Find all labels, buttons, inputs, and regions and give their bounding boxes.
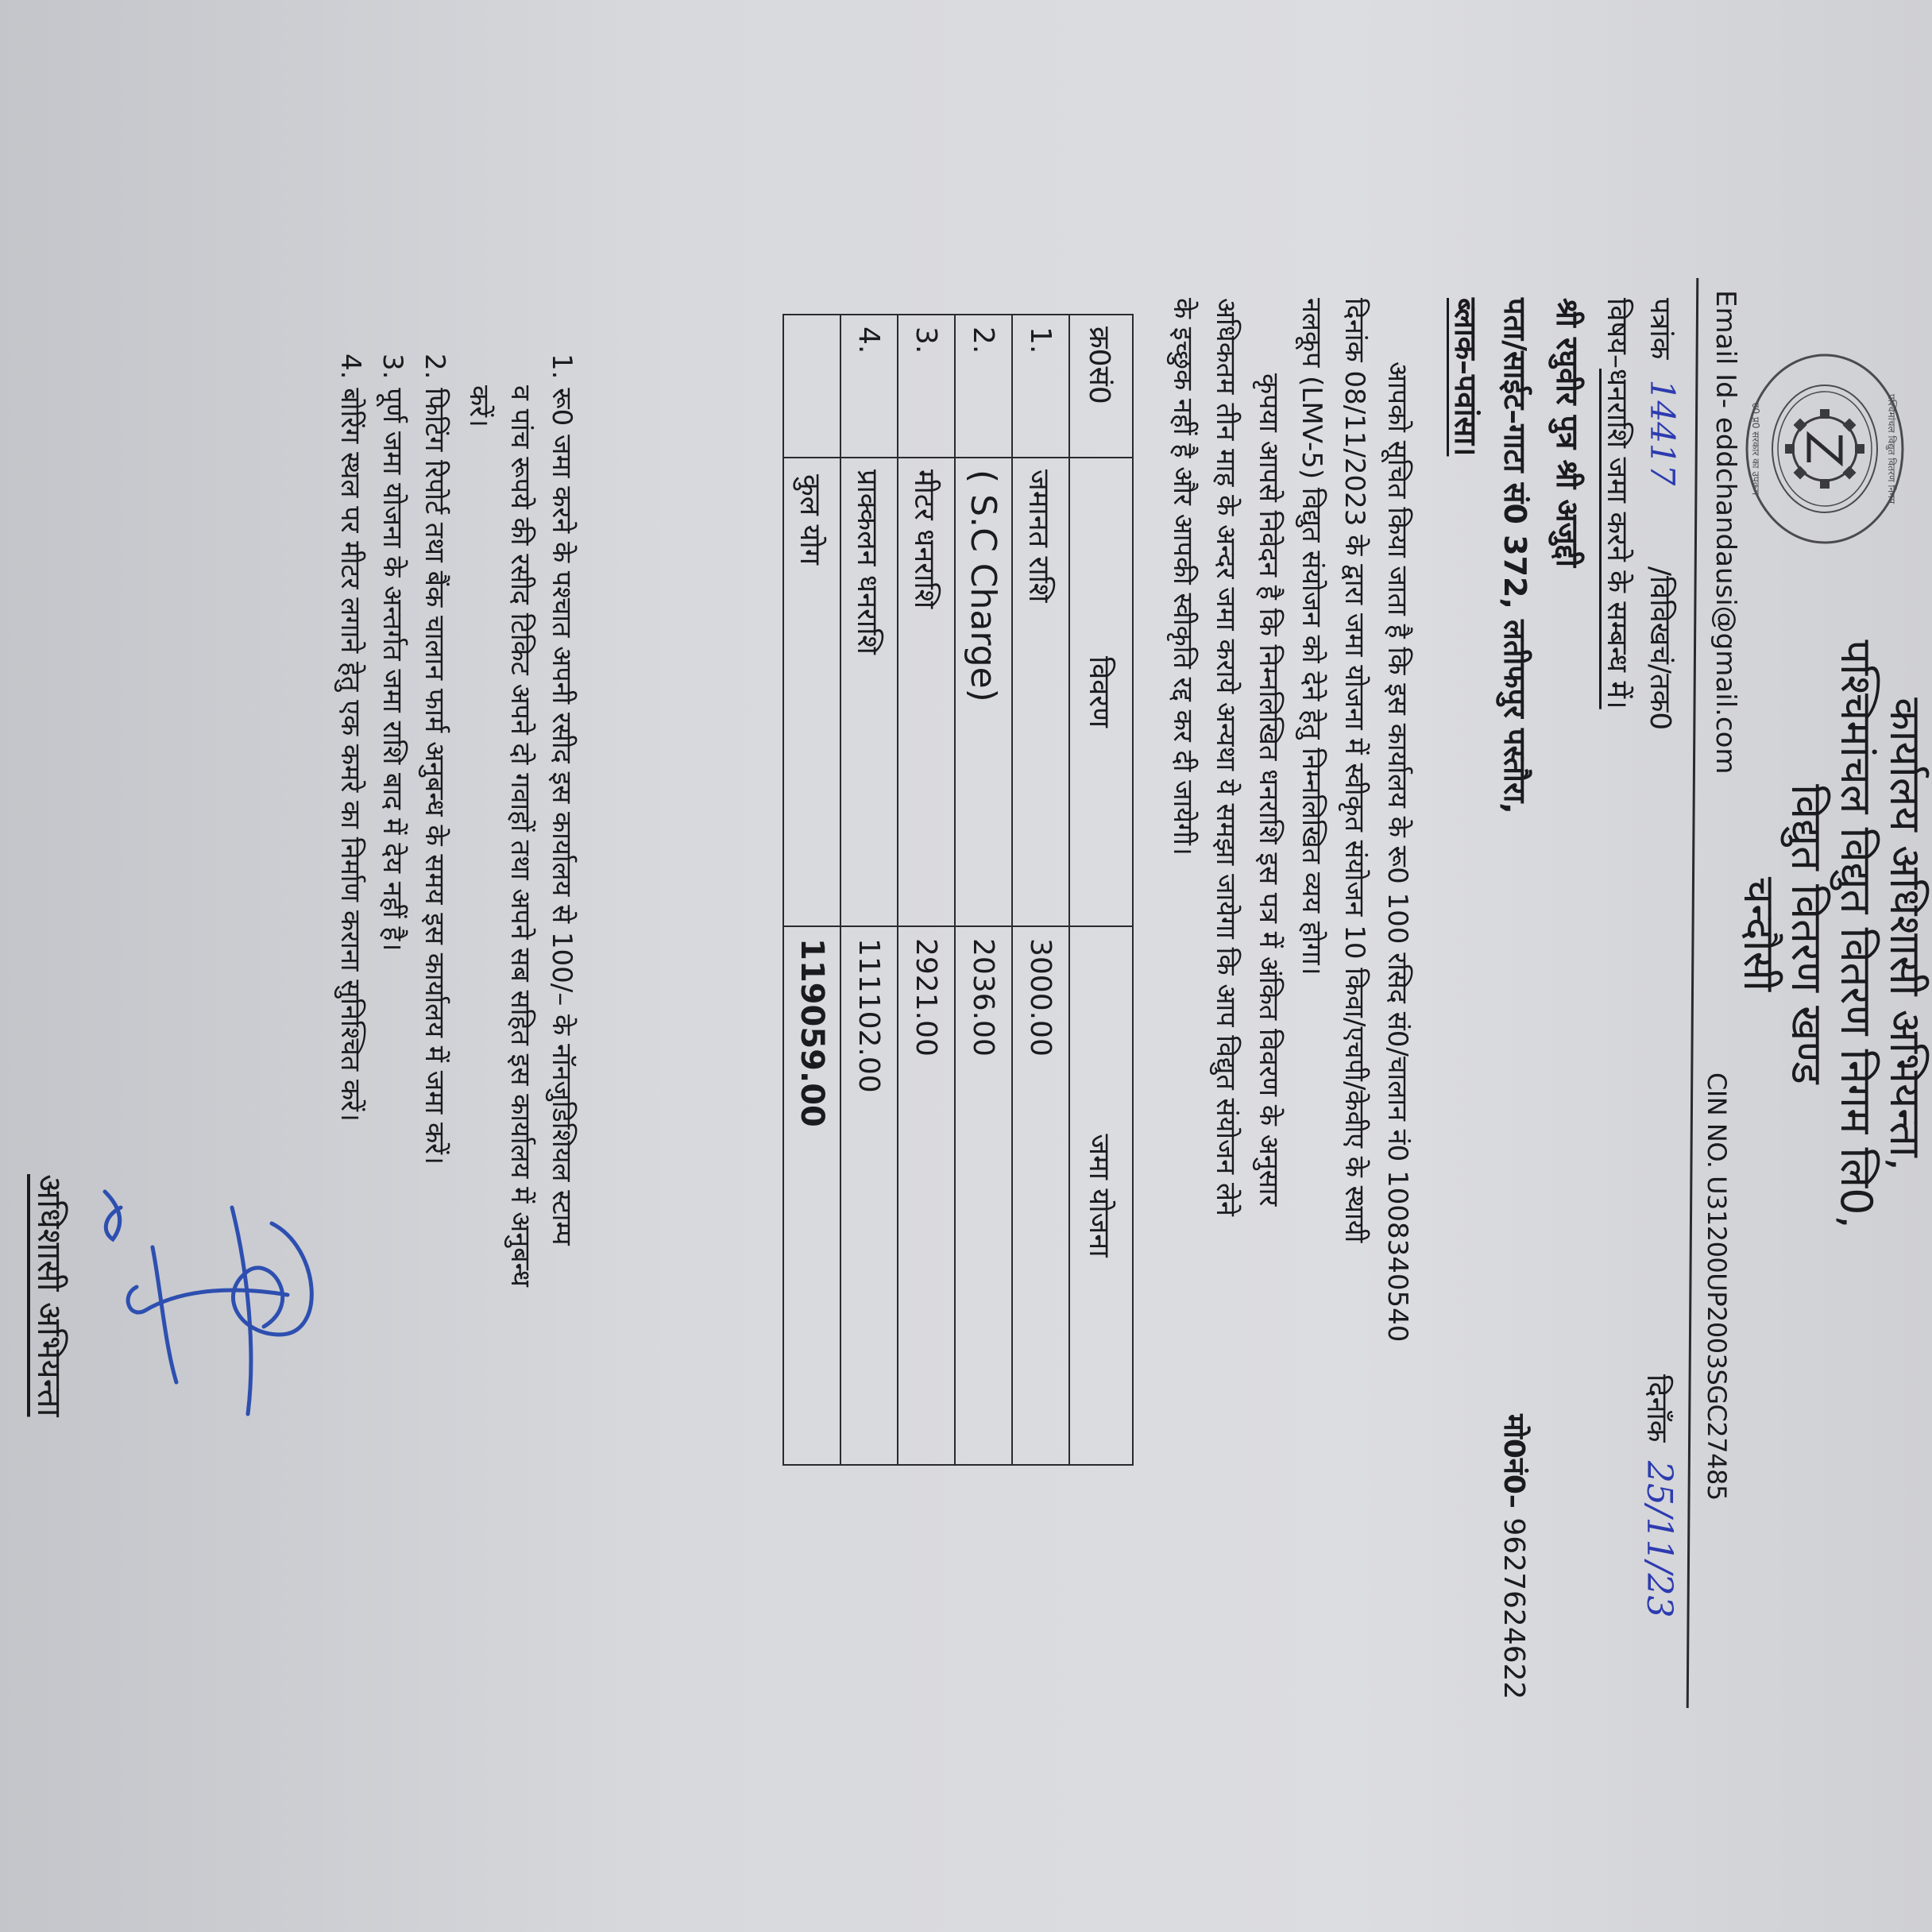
cin-number: CIN NO. U31200UP2003SGC27485	[1702, 1072, 1732, 1501]
mobile-label: मो0नं0–	[1497, 1414, 1530, 1509]
note-3: 3. पूर्ण जमा योजना के अन्तर्गत जमा राशि …	[376, 354, 412, 951]
body-line: दिनांक 08/11/2023 के द्वारा जमा योजना मे…	[1338, 298, 1374, 1242]
row-amount: 111102.00	[840, 926, 898, 1465]
svg-text:पश्चिमांचल विद्युत वितरण निगम: पश्चिमांचल विद्युत वितरण निगम	[1885, 394, 1897, 504]
signatory-title: अधिशासी अभियन्ता	[28, 1174, 73, 1416]
subject-line: विषय–धनराशि जमा करने के सम्बन्ध में।	[1599, 298, 1638, 709]
row-amount: 2036.00	[955, 926, 1012, 1465]
note-1-end: करें।	[462, 385, 499, 427]
addressee-address: पता/साईट–गाटा सं0 372, लतीफपुर पस्तौरा,	[1495, 298, 1536, 814]
letter-date: दिनाँक 25/11/23	[1639, 1374, 1679, 1617]
date-label: दिनाँक	[1640, 1374, 1673, 1442]
body-line: नलकूप (LMV-5) विद्युत संयोजन को देने हेत…	[1295, 298, 1331, 976]
corporation-emblem-icon: पश्चिमांचल विद्युत वितरण निगम उ0 प्र0 सर…	[1741, 350, 1908, 548]
note-1-continued: व पांच रूपये की रसीद टिकिट अपने दो गवाहो…	[504, 385, 540, 1287]
header-divider	[1687, 278, 1699, 1708]
header-deposit-scheme: जमा योजना	[1069, 926, 1133, 1465]
row-description: जमानत राशि	[1012, 458, 1069, 926]
office-title: कार्यालय अधिशासी अभियन्ता,	[1881, 0, 1929, 1900]
row-serial: 3.	[898, 315, 955, 458]
row-description: ( S.C Charge)	[955, 458, 1012, 926]
reference-number: पत्रांक 14417 /विविखचं/तक0	[1642, 298, 1682, 730]
date-handwritten-value: 25/11/23	[1639, 1461, 1679, 1618]
body-line: कृपया आपसे निवेदन है कि निम्नलिखित धनराश…	[1252, 373, 1289, 1206]
division-name: विद्युत वितरण खण्ड	[1783, 0, 1830, 1900]
total-label: कुल योग	[783, 458, 840, 926]
office-email: Email Id- eddchandausi@gmail.com	[1710, 290, 1741, 775]
total-amount: 119059.00	[783, 926, 840, 1465]
table-row: 4. प्राक्कलन धनराशि 111102.00	[840, 315, 898, 1465]
svg-text:उ0 प्र0 सरकार का उपक्रम: उ0 प्र0 सरकार का उपक्रम	[1750, 403, 1761, 496]
corporation-name: पश्चिमांचल विद्युत वितरण निगम लि0,	[1832, 0, 1880, 1900]
body-line: के इच्छुक नहीं है और आपकी स्वीकृति रद्द …	[1166, 298, 1203, 856]
mobile-number: मो0नं0– 9627624622	[1496, 1414, 1535, 1699]
header-serial: क्र0सं0	[1069, 315, 1133, 458]
table-row: 2. ( S.C Charge) 2036.00	[955, 315, 1012, 1465]
row-serial: 4.	[840, 315, 898, 458]
reference-suffix: /विविखचं/तक0	[1644, 566, 1676, 730]
note-4: 4. बोरिंग स्थल पर मीटर लगाने हेतु एक कमर…	[334, 354, 370, 1122]
table-header-row: क्र0सं0 विवरण जमा योजना	[1069, 315, 1133, 1465]
mobile-value: 9627624622	[1497, 1517, 1530, 1699]
note-1: 1. रू0 जमा करने के पश्चात अपनी रसीद इस क…	[545, 354, 582, 1246]
reference-handwritten-number: 14417	[1643, 380, 1682, 486]
row-amount: 3000.00	[1012, 926, 1069, 1465]
table-total-row: कुल योग 119059.00	[783, 315, 840, 1465]
total-serial-empty	[783, 315, 840, 458]
signature-scribble-icon	[97, 1176, 335, 1430]
row-amount: 2921.00	[898, 926, 955, 1465]
header-description: विवरण	[1069, 458, 1133, 926]
letter-page: कार्यालय अधिशासी अभियन्ता, पश्चिमांचल वि…	[0, 0, 1932, 1932]
row-description: मीटर धनराशि	[898, 458, 955, 926]
city-name: चन्दौसी	[1735, 0, 1783, 1900]
body-line: आपको सूचित किया जाता है कि इस कार्यालय क…	[1381, 361, 1417, 1342]
note-2: 2. फिटिंग रिपोर्ट तथा बैंक चालान फार्म अ…	[418, 354, 454, 1165]
fee-table: क्र0सं0 विवरण जमा योजना 1. जमानत राशि 30…	[782, 314, 1134, 1466]
table-row: 1. जमानत राशि 3000.00	[1012, 315, 1069, 1465]
row-description: प्राक्कलन धनराशि	[840, 458, 898, 926]
reference-label: पत्रांक	[1644, 298, 1676, 359]
block-name: ब्लाक–पवांसा।	[1446, 298, 1487, 456]
subject-text: धनराशि जमा करने के सम्बन्ध में।	[1601, 369, 1633, 709]
table-row: 3. मीटर धनराशि 2921.00	[898, 315, 955, 1465]
addressee-name: श्री रघुवीर पुत्र श्री अजुद्दी	[1548, 298, 1589, 567]
row-serial: 2.	[955, 315, 1012, 458]
row-serial: 1.	[1012, 315, 1069, 458]
photo-background: कार्यालय अधिशासी अभियन्ता, पश्चिमांचल वि…	[0, 0, 1932, 1932]
subject-prefix: विषय–	[1601, 298, 1633, 369]
body-line: अधिकतम तीन माह के अन्दर जमा कराये अन्यथा…	[1209, 298, 1246, 1216]
